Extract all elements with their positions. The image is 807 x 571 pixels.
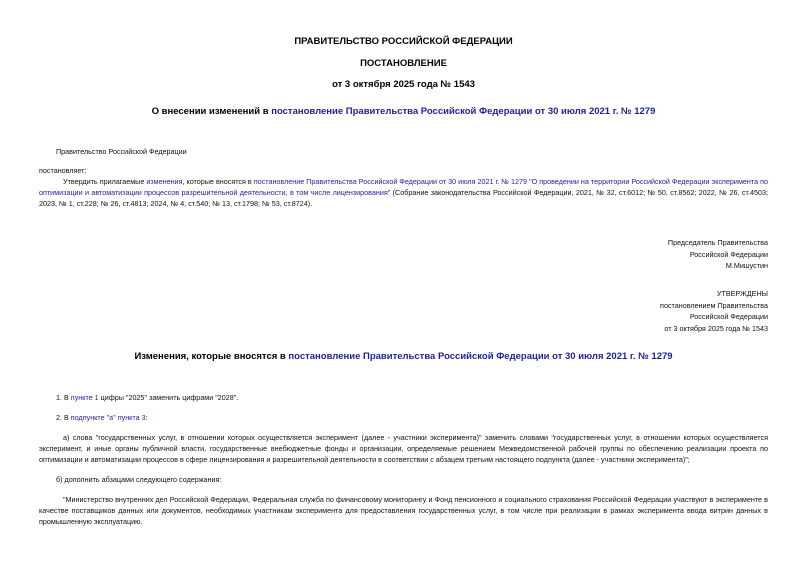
- item-2-suffix: :: [146, 413, 148, 422]
- item-2-prefix: 2. В: [56, 413, 71, 422]
- preamble-body: Утвердить прилагаемые изменения, которые…: [39, 176, 768, 209]
- document-title-link[interactable]: постановление Правительства Российской Ф…: [271, 106, 655, 117]
- signature-block: Председатель Правительства Российской Фе…: [668, 237, 768, 272]
- document-title: О внесении изменений в постановление Пра…: [0, 106, 807, 117]
- changes-title-link[interactable]: постановление Правительства Российской Ф…: [288, 351, 672, 362]
- item-1-suffix: цифры "2025" заменить цифрами "2028".: [99, 393, 239, 402]
- issuer-text: Правительство Российской Федерации: [56, 146, 187, 157]
- signature-name: М.Мишустин: [668, 260, 768, 272]
- approved-by: постановлением Правительства: [660, 300, 768, 312]
- preamble-body-middle: , которые вносятся в: [182, 177, 253, 186]
- changes-title-prefix: Изменения, которые вносятся в: [134, 351, 288, 362]
- document-date-number: от 3 октября 2025 года № 1543: [0, 79, 807, 90]
- approved-heading: УТВЕРЖДЕНЫ: [660, 288, 768, 300]
- changes-title: Изменения, которые вносятся в постановле…: [0, 351, 807, 362]
- signature-position: Председатель Правительства: [668, 237, 768, 249]
- quoted-paragraph: "Министерство внутренних дел Российской …: [39, 494, 768, 527]
- link-changes[interactable]: изменения: [146, 177, 182, 186]
- link-point-1[interactable]: пункте 1: [71, 393, 99, 402]
- document-page: ПРАВИТЕЛЬСТВО РОССИЙСКОЙ ФЕДЕРАЦИИ ПОСТА…: [0, 0, 807, 571]
- link-point-3[interactable]: пункта 3: [118, 413, 146, 422]
- preamble-body-prefix: Утвердить прилагаемые: [63, 177, 146, 186]
- link-subpoint-a[interactable]: подпункте "а": [71, 413, 116, 422]
- approved-country: Российской Федерации: [660, 311, 768, 323]
- signature-country: Российской Федерации: [668, 249, 768, 261]
- subitem-a: а) слова "государственных услуг, в отнош…: [39, 432, 768, 465]
- item-1-prefix: 1. В: [56, 393, 71, 402]
- decrees-text: постановляет:: [39, 165, 86, 176]
- item-2: 2. В подпункте "а" пункта 3:: [56, 412, 148, 423]
- approved-block: УТВЕРЖДЕНЫ постановлением Правительства …: [660, 288, 768, 334]
- government-heading: ПРАВИТЕЛЬСТВО РОССИЙСКОЙ ФЕДЕРАЦИИ: [0, 36, 807, 47]
- item-1: 1. В пункте 1 цифры "2025" заменить цифр…: [56, 392, 238, 403]
- approved-date: от 3 октября 2025 года № 1543: [660, 323, 768, 335]
- document-title-prefix: О внесении изменений в: [152, 106, 272, 117]
- document-type: ПОСТАНОВЛЕНИЕ: [0, 58, 807, 69]
- subitem-b: б) дополнить абзацами следующего содержа…: [56, 474, 221, 485]
